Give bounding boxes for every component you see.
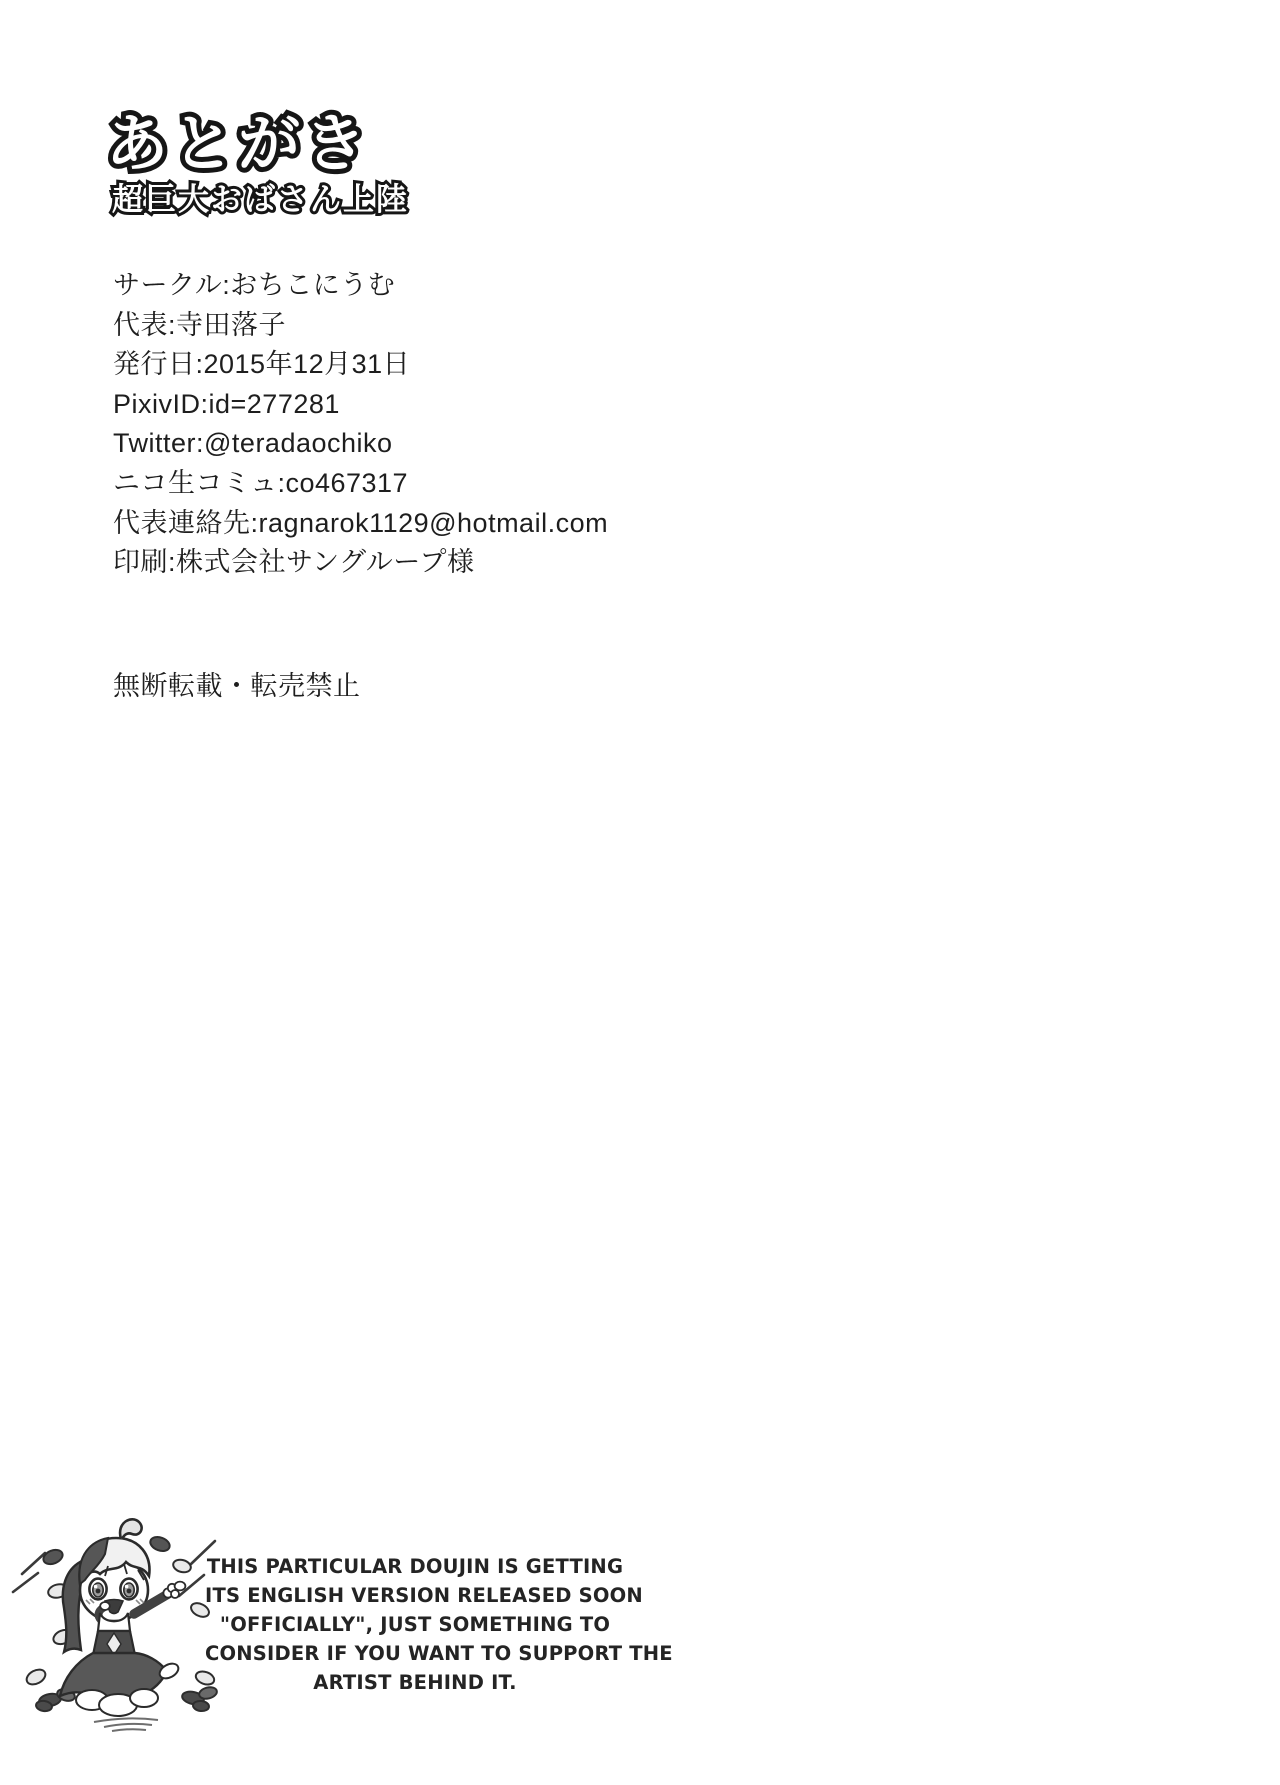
colophon-circle: サークル:おちこにうむ — [113, 266, 608, 306]
english-release-note: THIS PARTICULAR DOUJIN IS GETTING ITS EN… — [205, 1552, 625, 1697]
colophon-publish-date: 発行日:2015年12月31日 — [113, 345, 608, 385]
speed-line — [13, 1573, 38, 1592]
note-line: THIS PARTICULAR DOUJIN IS GETTING — [205, 1552, 625, 1581]
page-subtitle: 超巨大おばさん上陸 — [112, 184, 409, 215]
note-line: ITS ENGLISH VERSION RELEASED SOON — [205, 1581, 625, 1610]
note-line: CONSIDER IF YOU WANT TO SUPPORT THE — [205, 1639, 625, 1668]
note-line: ARTIST BEHIND IT. — [205, 1668, 625, 1697]
colophon-contact-email: 代表連絡先:ragnarok1129@hotmail.com — [113, 504, 608, 544]
chibi-mascot-illustration — [8, 1510, 223, 1780]
no-reprint-notice: 無断転載・転売禁止 — [113, 664, 361, 703]
colophon-representative: 代表:寺田落子 — [113, 306, 608, 346]
colophon-pixiv-id: PixivID:id=277281 — [113, 385, 608, 425]
speed-line — [22, 1553, 45, 1574]
colophon-printer: 印刷:株式会社サングループ様 — [113, 543, 608, 583]
colophon-nico-community: ニコ生コミュ:co467317 — [113, 464, 608, 504]
colophon-block: サークル:おちこにうむ 代表:寺田落子 発行日:2015年12月31日 Pixi… — [113, 266, 608, 583]
page-title: あとがき — [106, 114, 370, 176]
colophon-twitter: Twitter:@teradaochiko — [113, 424, 608, 464]
note-line: "OFFICIALLY", JUST SOMETHING TO — [205, 1610, 625, 1639]
afterword-page: あとがき 超巨大おばさん上陸 サークル:おちこにうむ 代表:寺田落子 発行日:2… — [0, 0, 1280, 1785]
